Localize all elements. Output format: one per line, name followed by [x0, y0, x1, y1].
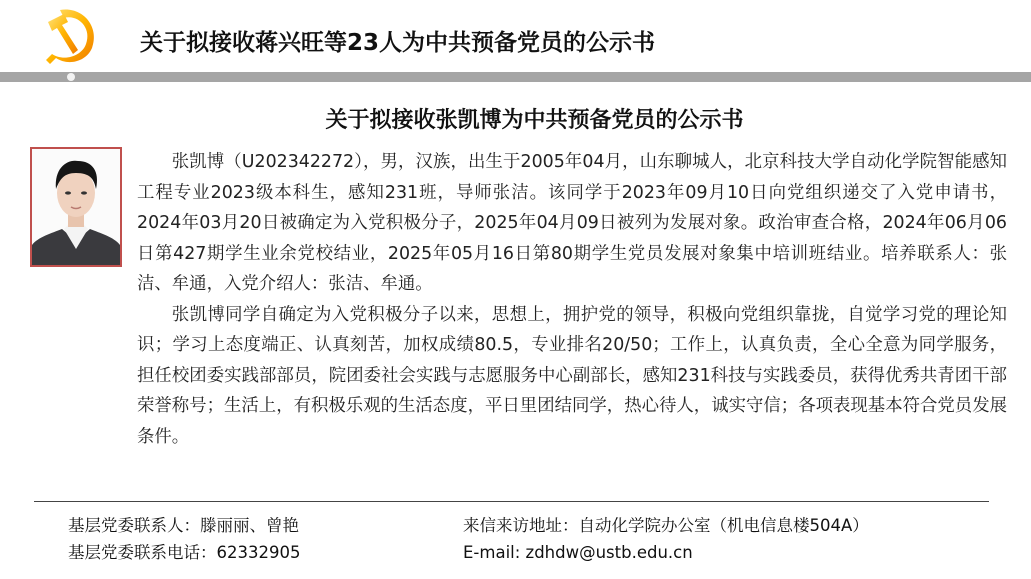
contact-person: 基层党委联系人：滕丽丽、曾艳 [68, 512, 300, 539]
portrait-image [32, 149, 120, 265]
hammer-sickle-icon [38, 4, 102, 68]
header-bar [0, 72, 1031, 82]
party-emblem-logo [38, 4, 102, 68]
footer-contact: 基层党委联系人：滕丽丽、曾艳 基层党委联系电话：62332905 [68, 512, 300, 566]
candidate-photo [30, 147, 122, 267]
contact-phone: 基层党委联系电话：62332905 [68, 539, 300, 566]
visit-address: 来信来访地址：自动化学院办公室（机电信息楼504A） [463, 512, 869, 539]
paragraph-performance: 张凯博同学自确定为入党积极分子以来，思想上，拥护党的领导，积极向党组织靠拢，自觉… [137, 300, 1007, 453]
contact-email: E-mail: zdhdw@ustb.edu.cn [463, 539, 869, 566]
header-bar-dot [67, 73, 75, 81]
footer-address: 来信来访地址：自动化学院办公室（机电信息楼504A） E-mail: zdhdw… [463, 512, 869, 566]
paragraph-basic-info: 张凯博（U202342272），男，汉族，出生于2005年04月，山东聊城人，北… [137, 147, 1007, 300]
document-body: 张凯博（U202342272），男，汉族，出生于2005年04月，山东聊城人，北… [137, 147, 1007, 452]
footer-divider [34, 501, 989, 502]
header-title: 关于拟接收蒋兴旺等23人为中共预备党员的公示书 [140, 24, 655, 57]
document-title: 关于拟接收张凯博为中共预备党员的公示书 [0, 103, 1031, 134]
